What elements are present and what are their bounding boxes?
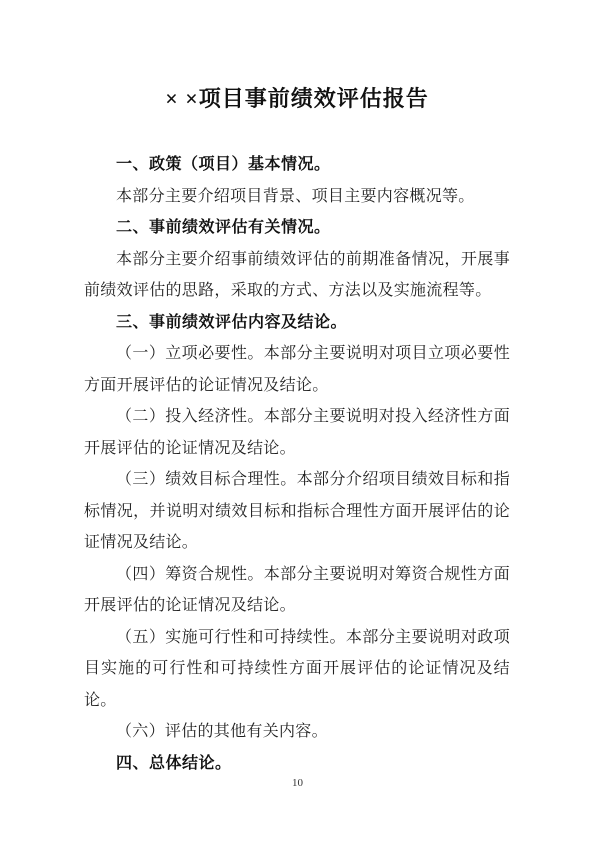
document-page: × ×项目事前绩效评估报告 一、政策（项目）基本情况。本部分主要介绍项目背景、项… xyxy=(0,0,595,842)
document-body: 一、政策（项目）基本情况。本部分主要介绍项目背景、项目主要内容概况等。二、事前绩… xyxy=(84,149,510,779)
paragraph: （二）投入经济性。本部分主要说明对投入经济性方面开展评估的论证情况及结论。 xyxy=(84,401,510,464)
paragraph: （六）评估的其他有关内容。 xyxy=(84,716,510,748)
section-heading: 四、总体结论。 xyxy=(84,748,510,780)
section-heading: 三、事前绩效评估内容及结论。 xyxy=(84,307,510,339)
paragraph: 本部分主要介绍项目背景、项目主要内容概况等。 xyxy=(84,181,510,213)
paragraph: （四）筹资合规性。本部分主要说明对筹资合规性方面开展评估的论证情况及结论。 xyxy=(84,559,510,622)
paragraph: （一）立项必要性。本部分主要说明对项目立项必要性方面开展评估的论证情况及结论。 xyxy=(84,338,510,401)
paragraph: 本部分主要介绍事前绩效评估的前期准备情况，开展事前绩效评估的思路，采取的方式、方… xyxy=(84,244,510,307)
section-heading: 一、政策（项目）基本情况。 xyxy=(84,149,510,181)
paragraph: （五）实施可行性和可持续性。本部分主要说明对政项目实施的可行性和可持续性方面开展… xyxy=(84,622,510,717)
paragraph: （三）绩效目标合理性。本部分介绍项目绩效目标和指标情况，并说明对绩效目标和指标合… xyxy=(84,464,510,559)
page-number: 10 xyxy=(0,776,595,790)
section-heading: 二、事前绩效评估有关情况。 xyxy=(84,212,510,244)
document-title: × ×项目事前绩效评估报告 xyxy=(84,83,510,115)
